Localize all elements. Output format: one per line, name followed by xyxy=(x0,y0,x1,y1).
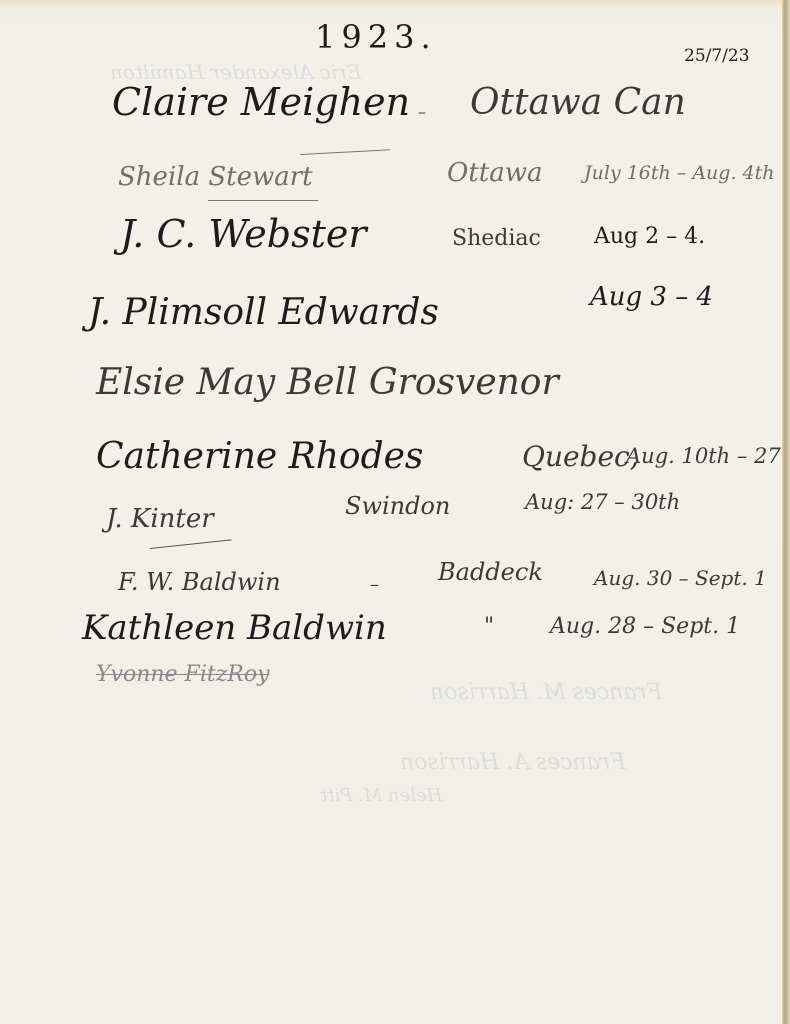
entry-name-struck: Yvonne FitzRoy xyxy=(96,662,270,687)
entry-name: J. C. Webster xyxy=(120,212,367,256)
entry-place: " xyxy=(484,614,494,639)
entry-name: J. Plimsoll Edwards xyxy=(88,292,439,333)
entry-place: Baddeck xyxy=(438,558,543,586)
entry-name: Sheila Stewart xyxy=(118,162,313,192)
ink-rule xyxy=(150,539,232,549)
entry-name: Claire Meighen xyxy=(112,80,410,124)
guestbook-page: Eric Alexander Hamilton Frances M. Harri… xyxy=(0,0,790,1024)
entry-name: Kathleen Baldwin xyxy=(82,608,387,648)
entry-place: Swindon xyxy=(345,492,450,520)
entry-dates: Aug 3 – 4 xyxy=(590,282,713,312)
pencil-rule xyxy=(300,149,390,155)
entry-place: Ottawa Can xyxy=(470,82,686,123)
entry-place: Shediac xyxy=(452,226,541,251)
entry-dates: Aug. 10th – 27th xyxy=(626,444,790,468)
entry-dates: July 16th – Aug. 4th xyxy=(584,162,775,184)
entry-dash: – xyxy=(418,102,426,121)
bleed-through-text: Frances A. Harrison xyxy=(400,750,626,775)
entry-name: F. W. Baldwin xyxy=(118,568,281,596)
entry-dates: Aug 2 – 4. xyxy=(594,224,705,249)
corner-date: 25/7/23 xyxy=(684,46,750,66)
entry-dates: Aug. 28 – Sept. 1 xyxy=(550,614,740,639)
entry-name: Elsie May Bell Grosvenor xyxy=(96,362,559,403)
bleed-through-text: Helen M. Pitt xyxy=(320,785,442,806)
entry-name: Catherine Rhodes xyxy=(96,436,423,477)
pencil-rule xyxy=(208,200,318,201)
entry-dates: Aug. 30 – Sept. 1 xyxy=(594,566,767,590)
bleed-through-text: Frances M. Harrison xyxy=(430,680,662,705)
entry-dash: – xyxy=(370,574,379,595)
entry-place: Ottawa xyxy=(447,158,542,188)
entry-name: J. Kinter xyxy=(106,504,214,534)
year-heading: 1923. xyxy=(315,18,437,56)
entry-dates: Aug: 27 – 30th xyxy=(525,490,680,514)
entry-place: Quebec, xyxy=(522,440,639,473)
